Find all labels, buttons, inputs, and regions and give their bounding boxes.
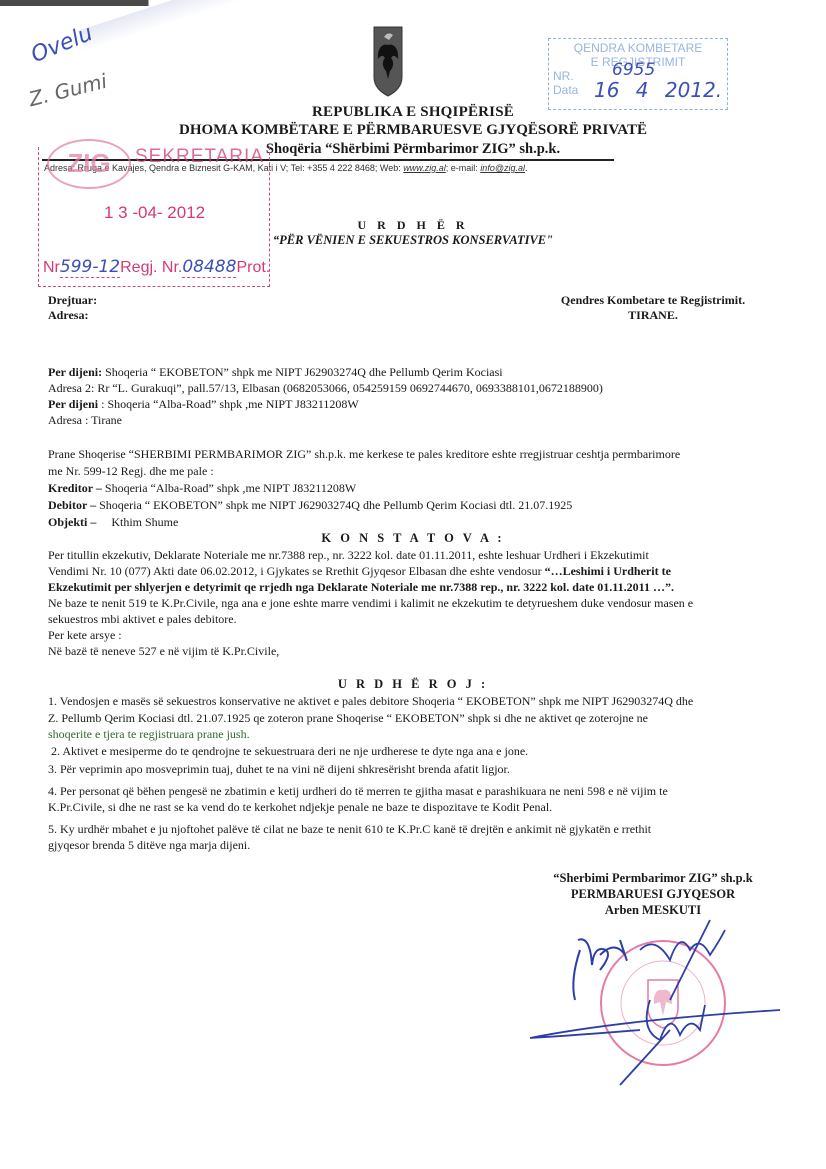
urdheroj-heading: U R D H Ë R O J : <box>0 677 826 692</box>
signature-role: PERMBARUESI GJYQESOR <box>480 886 826 902</box>
address-suffix: . <box>525 163 528 173</box>
order-item-4: K.Pr.Civile, si dhe ne rast se ka vend d… <box>48 799 788 816</box>
web-link[interactable]: www.zig.al <box>403 163 446 173</box>
notification-line: Per dijeni : Shoqeria “Alba-Road” shpk ,… <box>48 396 788 412</box>
secretariat-stamp: ZIG SEKRETARIA 1 3 -04- 2012 Nr599-12Reg… <box>38 147 270 287</box>
konstatova-line: Ne baze te nenit 519 te K.Pr.Civile, nga… <box>48 595 788 611</box>
order-item-4: 4. Per personat që bëhen pengesë ne zbat… <box>48 783 788 800</box>
email-prefix: ; e-mail: <box>446 163 481 173</box>
drejtuar-label: Drejtuar: <box>48 293 97 308</box>
konstatova-line: Vendimi Nr. 10 (077) Akti date 06.02.201… <box>48 563 788 579</box>
zig-logo: ZIG <box>47 139 131 189</box>
konstatova-line: Në bazë të neneve 527 e në vijim të K.Pr… <box>48 643 788 659</box>
debitor-line: Debitor – Shoqeria “ EKOBETON” shpk me N… <box>48 497 788 514</box>
notifications-block: Per dijeni: Shoqeria “ EKOBETON” shpk me… <box>48 364 788 428</box>
notification-line: Adresa : Tirane <box>48 412 788 428</box>
kreditor-line: Kreditor – Shoqeria “Alba-Road” shpk ,me… <box>48 480 788 497</box>
recipient-city: TIRANE. <box>480 308 826 323</box>
case-intro-2: me Nr. 599-12 Regj. dhe me pale : <box>48 463 788 480</box>
registry-date-label: Data <box>553 83 578 97</box>
urdheroj-block: 1. Vendosjen e masës së sekuestros konse… <box>48 693 788 854</box>
case-block: Prane Shoqerise “SHERBIMI PERMBARIMOR ZI… <box>48 446 788 531</box>
notification-line: Per dijeni: Shoqeria “ EKOBETON” shpk me… <box>48 364 788 380</box>
document-title: U R D H Ë R <box>0 218 826 233</box>
registry-nr-label: NR. <box>553 69 574 83</box>
email-link[interactable]: info@zig.al <box>480 163 525 173</box>
order-item-3: 3. Për veprimin apo mosveprimin tuaj, du… <box>48 761 788 778</box>
konstatova-line: Per kete arsye : <box>48 627 788 643</box>
objekti-line: Objekti – Kthim Shume <box>48 514 788 531</box>
prot-label: Prot. <box>236 259 270 276</box>
adresa-label: Adresa: <box>48 308 88 323</box>
document-subtitle: “PËR VËNIEN E SEKUESTROS KONSERVATIVE" <box>0 233 826 248</box>
secretariat-numbers: Nr599-12Regj. Nr.08488Prot. <box>43 257 270 277</box>
handwritten-note-1: Ovelu <box>28 21 97 68</box>
header-republic: REPUBLIKA E SHQIPËRISË <box>0 104 826 121</box>
signature-company: “Sherbimi Permbarimor ZIG” sh.p.k <box>480 870 826 886</box>
order-item-5: gjyqesor brenda 5 ditëve nga marja dijen… <box>48 837 788 854</box>
scan-fold-shadow <box>78 0 332 52</box>
albanian-eagle-emblem-icon <box>373 25 403 97</box>
handwritten-signature <box>520 910 790 1090</box>
order-item-1: 1. Vendosjen e masës së sekuestros konse… <box>48 693 788 710</box>
konstatova-heading: K O N S T A T O V A : <box>0 531 826 546</box>
konstatova-line: Per titullin ekzekutiv, Deklarate Noteri… <box>48 547 788 563</box>
nr-value: 599-12 <box>60 257 120 278</box>
order-item-1: shoqerite e tjera te regjistruara prane … <box>48 726 788 743</box>
order-item-1: Z. Pellumb Qerim Kociasi dtl. 21.07.1925… <box>48 710 788 727</box>
recipient-name: Qendres Kombetare te Regjistrimit. <box>480 293 826 308</box>
regj-value: 08488 <box>182 257 236 278</box>
konstatova-line: sekuestros mbi aktivet e pales debitore. <box>48 611 788 627</box>
scan-edge-shadow <box>0 0 826 6</box>
order-item-2: 2. Aktivet e mesiperme do te qendrojne t… <box>48 743 788 760</box>
order-item-5: 5. Ky urdhër mbahet e ju njoftohet palëv… <box>48 821 788 838</box>
header-chamber: DHOMA KOMBËTARE E PËRMBARUESVE GJYQËSORË… <box>0 122 826 139</box>
konstatova-block: Per titullin ekzekutiv, Deklarate Noteri… <box>48 547 788 659</box>
case-intro-1: Prane Shoqerise “SHERBIMI PERMBARIMOR ZI… <box>48 446 788 463</box>
nr-label: Nr <box>43 259 60 276</box>
registry-stamp-line1: QENDRA KOMBETARE <box>553 41 723 55</box>
regj-label: Regj. Nr. <box>120 259 182 276</box>
konstatova-line: Ekzekutimit per shlyerjen e detyrimit qe… <box>48 579 788 595</box>
notification-line: Adresa 2: Rr “L. Gurakuqi”, pall.57/13, … <box>48 380 788 396</box>
secretariat-label: SEKRETARIA <box>135 146 264 168</box>
registry-nr-value: 6955 <box>612 60 655 80</box>
registry-date-value: 16 4 2012. <box>594 78 722 102</box>
